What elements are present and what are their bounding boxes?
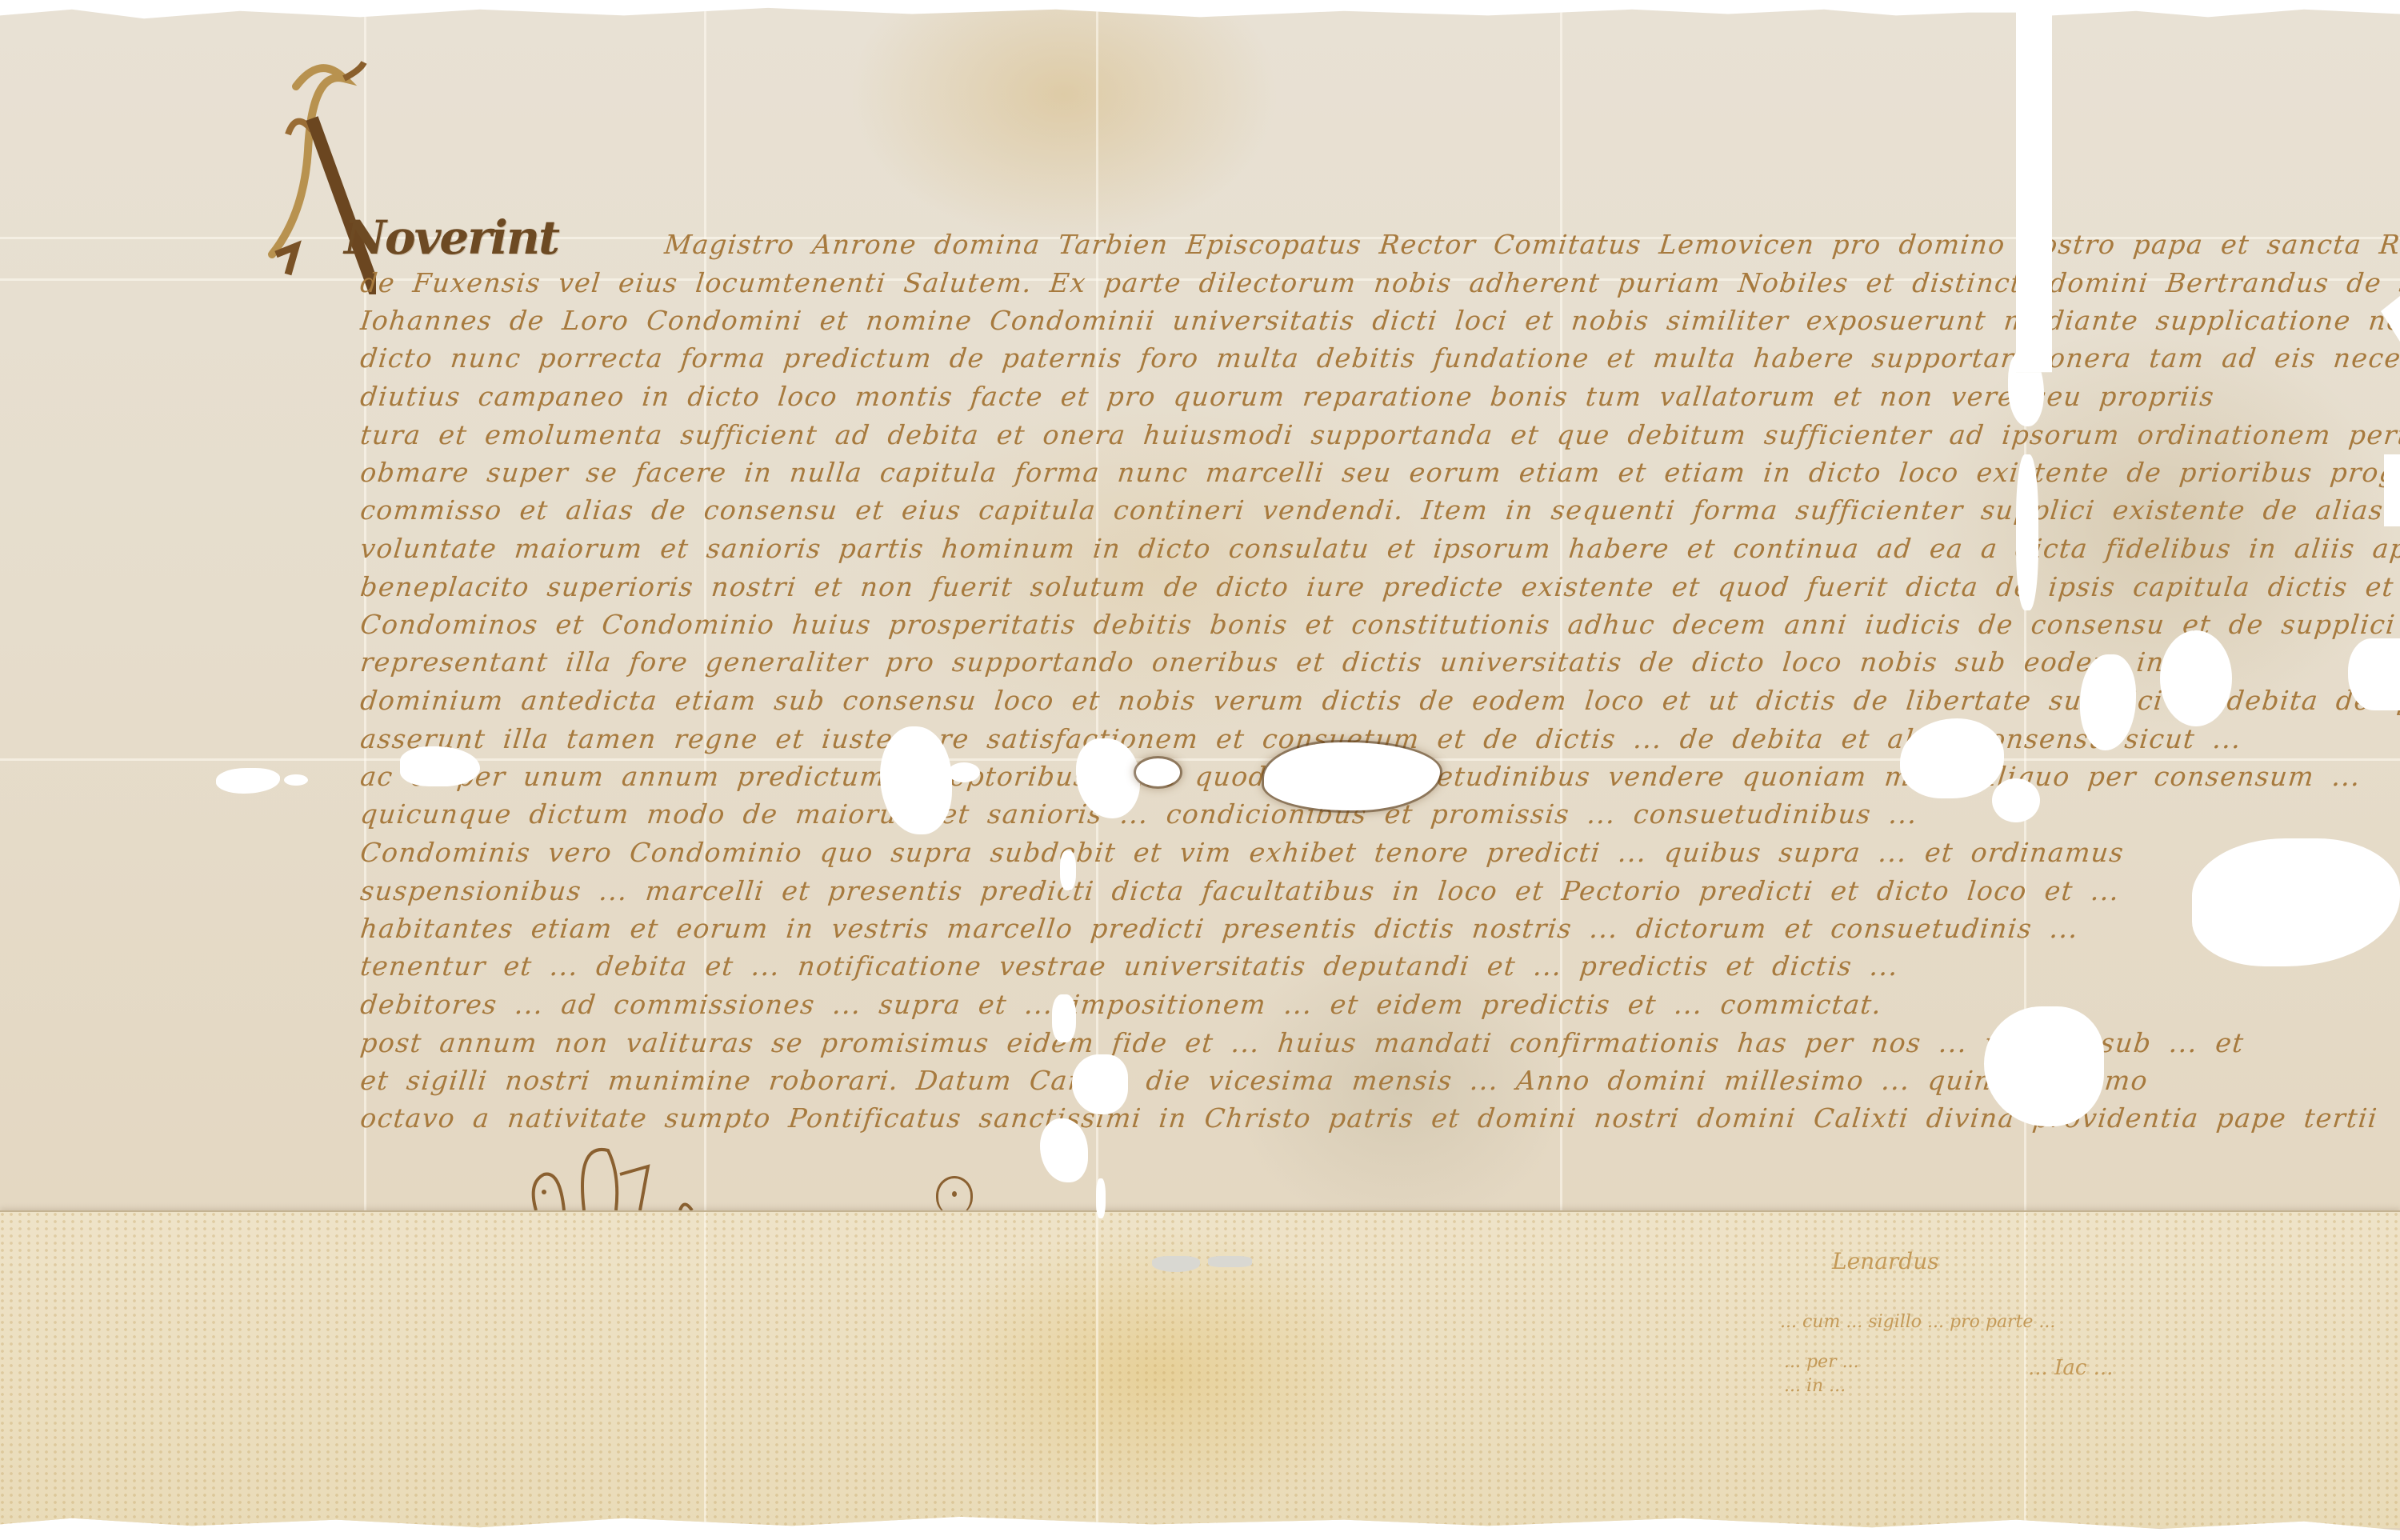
parchment-hole xyxy=(2008,350,2044,426)
text-line: commisso et alias de consensu et eius ca… xyxy=(358,494,2400,534)
text-line: tenentur et ... debita et ... notificati… xyxy=(358,950,1900,990)
parchment-hole xyxy=(1040,1118,1088,1182)
endorsement-name: Lenardus xyxy=(1832,1248,1939,1274)
text-line: et sigilli nostri munimine roborari. Dat… xyxy=(358,1065,2150,1105)
parchment-hole xyxy=(1992,778,2040,822)
parchment-hole xyxy=(1072,1054,1128,1114)
text-line: diutius campaneo in dicto loco montis fa… xyxy=(358,381,2216,421)
text-line: de Fuxensis vel eius locumtenenti Salute… xyxy=(358,267,2400,307)
notarial-sign-mark xyxy=(520,1134,728,1214)
fold-crease-vertical xyxy=(2024,1212,2026,1528)
text-line: suspensionibus ... marcelli et presentis… xyxy=(358,875,2121,915)
endorsement-line: ... per ... xyxy=(1784,1352,1859,1372)
text-line: Magistro Anrone domina Tarbien Episcopat… xyxy=(662,229,2400,269)
endorsement-line: ... in ... xyxy=(1784,1376,1846,1396)
text-line: tura et emolumenta sufficient ad debita … xyxy=(358,419,2400,459)
parchment-hole xyxy=(400,746,480,786)
parchment-tear xyxy=(2024,6,2048,166)
text-line: quicunque dictum modo de maiorum et sani… xyxy=(358,798,1919,838)
text-line: debitores ... ad commissiones ... supra … xyxy=(358,989,1883,1029)
text-line: habitantes etiam et eorum in vestris mar… xyxy=(358,913,2080,953)
parchment-hole xyxy=(2384,454,2400,526)
text-line: voluntate maiorum et sanioris partis hom… xyxy=(358,533,2400,573)
text-line: dicto nunc porrecta forma predictum de p… xyxy=(358,342,2400,382)
text-line: Iohannes de Loro Condomini et nomine Con… xyxy=(358,305,2400,345)
parchment-hole xyxy=(216,768,280,794)
text-line: Condominis vero Condominio quo supra sub… xyxy=(358,837,2126,877)
parchment-hole xyxy=(284,774,308,786)
plica-fold: Lenardus ... cum ... sigillo ... pro par… xyxy=(0,1210,2400,1528)
parchment-sheet: Noverint Magistro Anrone domina Tarbien … xyxy=(0,6,2400,1530)
parchment-hole xyxy=(2016,454,2038,610)
fold-crease-vertical xyxy=(704,1212,706,1528)
parchment-hole xyxy=(948,762,980,782)
text-line: Condominos et Condominio huius prosperit… xyxy=(358,609,2400,649)
fold-crease-vertical xyxy=(1096,1212,1098,1528)
parchment-hole xyxy=(2348,638,2400,710)
notarial-circle-mark xyxy=(936,1176,973,1215)
parchment-hole xyxy=(2192,838,2400,966)
burn-hole xyxy=(1136,758,1180,786)
incipit-word: Noverint xyxy=(344,210,558,265)
text-line: beneplacito superioris nostri et non fue… xyxy=(358,571,2400,611)
text-line: obmare super se facere in nulla capitula… xyxy=(358,457,2400,497)
seal-slit xyxy=(1208,1256,1252,1267)
text-line: representant illa fore generaliter pro s… xyxy=(358,646,2212,686)
parchment-hole xyxy=(1096,1178,1106,1218)
endorsement-line: ... cum ... sigillo ... pro parte ... xyxy=(1780,1312,2055,1332)
parchment-hole xyxy=(1060,850,1076,890)
parchment-hole xyxy=(1984,1006,2104,1126)
text-line: post annum non valituras se promisimus e… xyxy=(358,1027,2246,1067)
seal-slit xyxy=(1152,1256,1200,1272)
endorsement-line: ... Iac ... xyxy=(2028,1356,2113,1380)
parchment-hole xyxy=(2160,630,2232,726)
parchment-hole xyxy=(1052,994,1076,1042)
